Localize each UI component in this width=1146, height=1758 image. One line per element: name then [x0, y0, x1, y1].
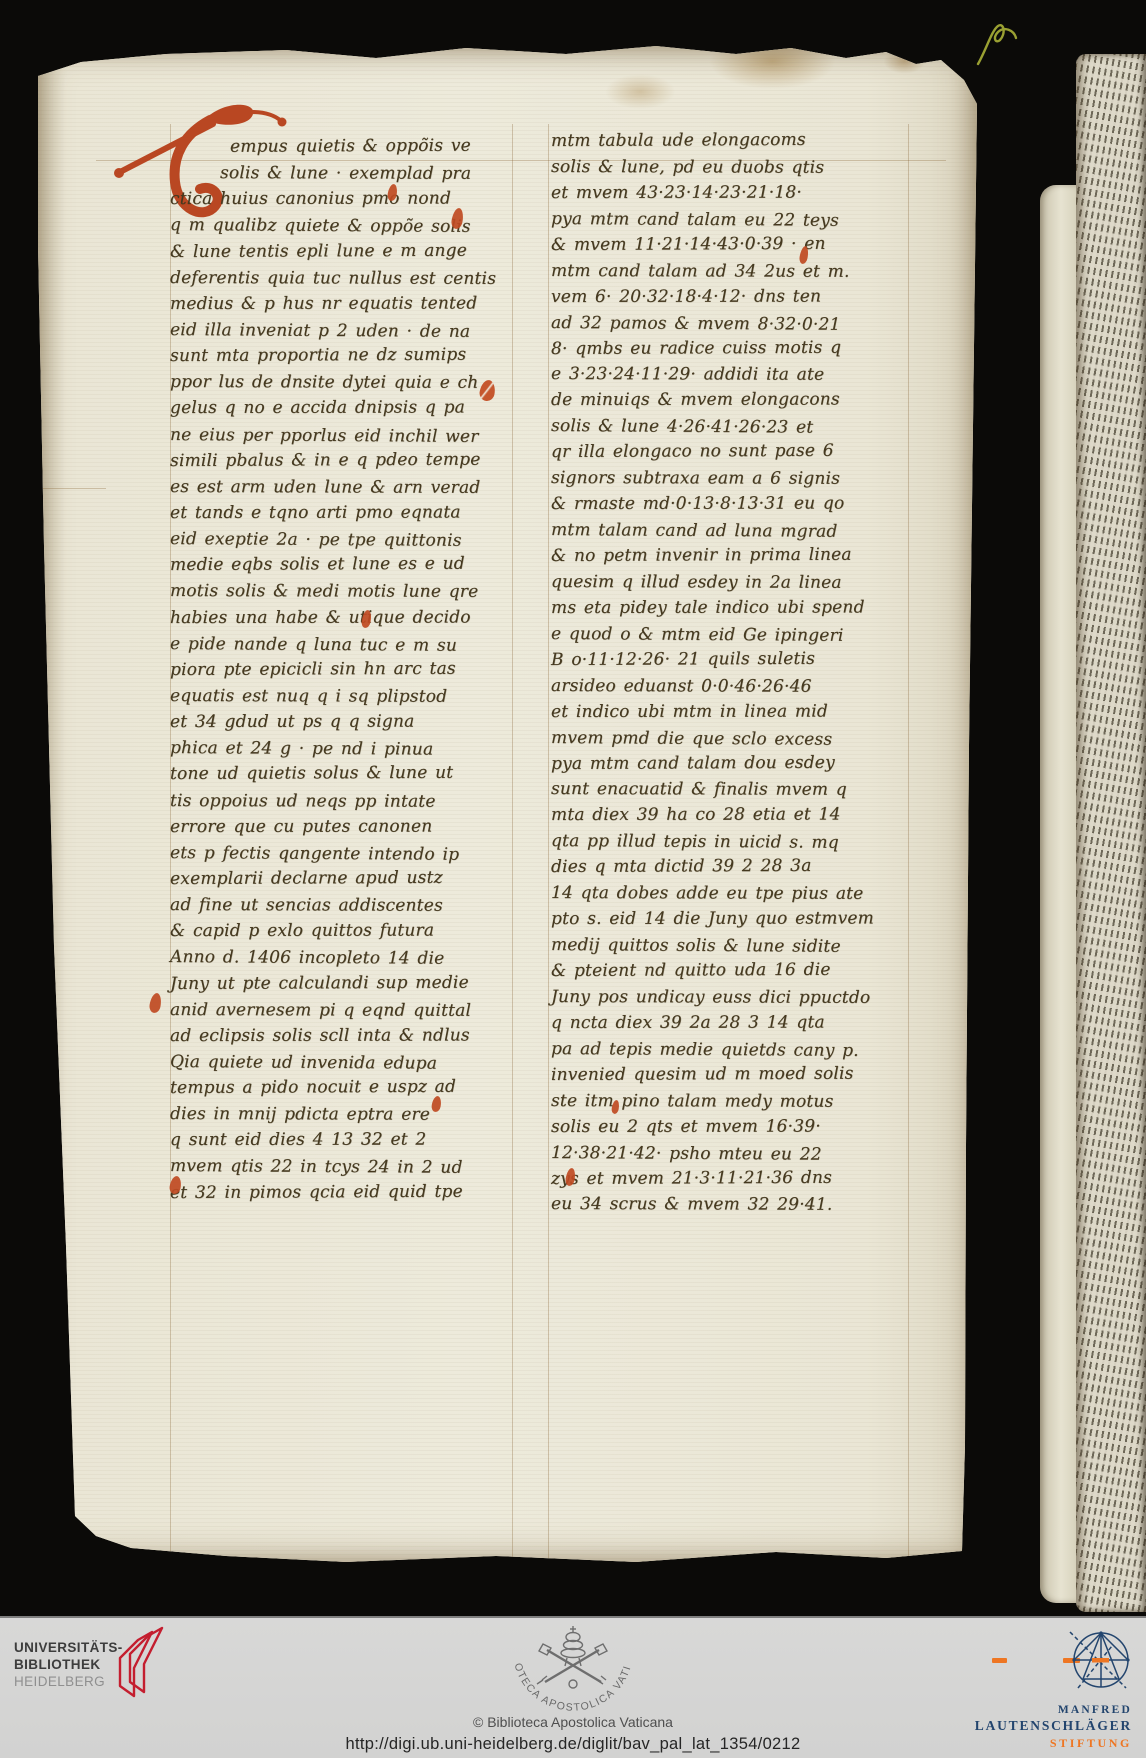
ml-stiftung-name-line1: MANFRED: [1058, 1704, 1132, 1716]
manuscript-line: ctica huius canonius pmo nond: [170, 186, 515, 213]
manuscript-line: et 34 gdud ut ps q q signa: [170, 708, 515, 735]
manuscript-right-column: mtm tabula ude elongacomssolis & lune, p…: [551, 129, 931, 1218]
manuscript-line: zys et mvem 21·3·11·21·36 dns: [551, 1165, 931, 1193]
adjacent-page-text-edge: [1076, 54, 1146, 1612]
manuscript-line: & mvem 11·21·14·43·0·39 · en: [551, 231, 931, 259]
manuscript-line: B o·11·12·26· 21 quils suletis: [551, 646, 931, 674]
manuscript-line: exemplarii declarne apud ustz: [170, 864, 515, 892]
manuscript-line: & rmaste md·0·13·8·13·31 eu qo: [551, 491, 931, 518]
manuscript-line: & pteient nd quitto uda 16 die: [551, 957, 931, 985]
manuscript-line: Juny pos undicay euss dici ppuctdo: [551, 985, 931, 1012]
manuscript-line: medius & p hus nr equatis tented: [170, 290, 515, 317]
manuscript-line: pto s. eid 14 die Juny quo estmvem: [551, 906, 931, 933]
manuscript-line: ms eta pidey tale indico ubi spend: [551, 595, 931, 622]
manuscript-line: vem 6· 20·32·18·4·12· dns ten: [551, 284, 931, 311]
manuscript-line: eu 34 scrus & mvem 32 29·41.: [551, 1192, 931, 1219]
manuscript-line: mtm tabula ude elongacoms: [551, 127, 931, 155]
manuscript-line: & capid p exlo quittos futura: [170, 918, 515, 945]
manuscript-line: solis & lune · exemplad pra: [170, 160, 515, 187]
manuscript-line: e 3·23·24·11·29· addidi ita ate: [551, 362, 931, 389]
manuscript-line: dies q mta dictid 39 2 28 3a: [551, 854, 931, 882]
vatican-library-emblem-icon: BIBLIOTECA APOSTOLICA VATICANA: [503, 1622, 643, 1714]
manuscript-line: mtm cand talam ad 34 2us et m.: [551, 259, 931, 286]
footer-bar: UNIVERSITÄTS- BIBLIOTHEK HEIDELBERG: [0, 1616, 1146, 1758]
manuscript-line: piora pte epicicli sin hn arc tas: [170, 655, 515, 683]
manuscript-line: q m qualibz quiete & oppõe solis: [170, 212, 515, 240]
manuscript-line: gelus q no e accida dnipsis q pa: [170, 395, 515, 422]
manuscript-line: 12·38·21·42· psho mteu eu 22: [551, 1141, 931, 1169]
manuscript-line: quesim q illud esdey in 2a linea: [551, 570, 931, 597]
manuscript-line: errore que cu putes canonen: [170, 813, 515, 840]
manuscript-line: et tands e tqno arti pmo eqnata: [170, 499, 515, 526]
manuscript-line: mvem pmd die que sclo excess: [551, 726, 931, 754]
manuscript-line: anid avernesem pi q eqnd quittal: [170, 997, 515, 1024]
manuscript-line: ne eius per pporlus eid inchil wer: [170, 422, 515, 450]
manuscript-line: q ncta diex 39 2a 28 3 14 qta: [551, 1010, 931, 1037]
manuscript-line: tone ud quietis solus & lune ut: [170, 760, 515, 788]
ml-stiftung-name-line3: STIFTUNG: [1050, 1736, 1132, 1751]
ub-heidelberg-name-line2: BIBLIOTHEK: [14, 1657, 101, 1672]
manuscript-line: 8· qmbs eu radice cuiss motis q: [551, 335, 931, 363]
manuscript-line: ad 32 pamos & mvem 8·32·0·21: [551, 311, 931, 339]
manuscript-left-column: empus quietis & oppõis vesolis & lune · …: [170, 134, 515, 1206]
manuscript-line: habies una habe & utique decido: [170, 604, 515, 631]
manuscript-line: equatis est nuq q i sq plipstod: [170, 683, 515, 710]
manuscript-line: motis solis & medi motis lune qre: [170, 578, 515, 605]
ml-stiftung-logo-icon: [1068, 1626, 1134, 1694]
manuscript-line: mta diex 39 ha co 28 etia et 14: [551, 803, 931, 830]
manuscript-line: invenied quesim ud m moed solis: [551, 1061, 931, 1089]
manuscript-line: signors subtraxa eam a 6 signis: [551, 466, 931, 493]
manuscript-line: & lune tentis epli lune e m ange: [170, 237, 515, 265]
manuscript-line: Anno d. 1406 incopleto 14 die: [170, 944, 515, 972]
ub-heidelberg-logo-icon: [106, 1624, 178, 1704]
manuscript-line: deferentis quia tuc nullus est centis: [170, 265, 515, 292]
ruling-line: [36, 488, 106, 489]
manuscript-line: de minuiqs & mvem elongacons: [551, 388, 931, 415]
manuscript-line: qr illa elongaco no sunt pase 6: [551, 439, 931, 467]
ml-dash-icon: [992, 1658, 1007, 1663]
manuscript-line: q sunt eid dies 4 13 32 et 2: [170, 1127, 515, 1154]
manuscript-line: 14 qta dobes adde eu tpe pius ate: [551, 881, 931, 908]
manuscript-line: ste itm pino talam medy motus: [551, 1089, 931, 1116]
manuscript-line: sunt mta proportia ne dz sumips: [170, 342, 515, 370]
manuscript-line: et 32 in pimos qcia eid quid tpe: [170, 1178, 515, 1206]
manuscript-line: et mvem 43·23·14·23·21·18·: [551, 180, 931, 207]
bookmark-thread-icon: [972, 20, 1022, 68]
scan-background: empus quietis & oppõis vesolis & lune · …: [0, 0, 1146, 1758]
manuscript-line: solis eu 2 qts et mvem 16·39·: [551, 1114, 931, 1141]
manuscript-line: pya mtm cand talam dou esdey: [551, 750, 931, 778]
manuscript-line: et indico ubi mtm in linea mid: [551, 699, 931, 726]
manuscript-line: & no petm invenir in prima linea: [551, 542, 931, 570]
manuscript-line: empus quietis & oppõis ve: [170, 132, 515, 160]
manuscript-line: solis & lune, pd eu duobs qtis: [551, 155, 931, 182]
manuscript-line: dies in mnij pdicta eptra ere: [170, 1101, 515, 1128]
manuscript-line: tis oppoius ud neqs pp intate: [170, 788, 515, 815]
manuscript-line: tempus a pido nocuit e uspz ad: [170, 1074, 515, 1102]
manuscript-line: sunt enacuatid & finalis mvem q: [551, 777, 931, 804]
digitization-url: http://digi.ub.uni-heidelberg.de/diglit/…: [0, 1735, 1146, 1754]
ruling-line: [548, 124, 549, 1564]
manuscript-line: ppor lus de dnsite dytei quia e ch: [170, 369, 515, 396]
manuscript-line: mvem qtis 22 in tcys 24 in 2 ud: [170, 1153, 515, 1181]
manuscript-line: Juny ut pte calculandi sup medie: [170, 969, 515, 997]
manuscript-line: medie eqbs solis et lune es e ud: [170, 551, 515, 579]
manuscript-line: ad eclipsis solis scll inta & ndlus: [170, 1022, 515, 1049]
manuscript-line: e pide nande q luna tuc e m su: [170, 631, 515, 659]
manuscript-line: simili pbalus & in e q pdeo tempe: [170, 446, 515, 474]
manuscript-line: es est arm uden lune & arn verad: [170, 474, 515, 501]
adjacent-page-edge: [1040, 185, 1078, 1603]
manuscript-line: arsideo eduanst 0·0·46·26·46: [551, 674, 931, 701]
ml-stiftung-name-line2: LAUTENSCHLÄGER: [975, 1718, 1132, 1734]
ub-heidelberg-name-line3: HEIDELBERG: [14, 1674, 105, 1689]
manuscript-line: ad fine ut sencias addiscentes: [170, 892, 515, 919]
